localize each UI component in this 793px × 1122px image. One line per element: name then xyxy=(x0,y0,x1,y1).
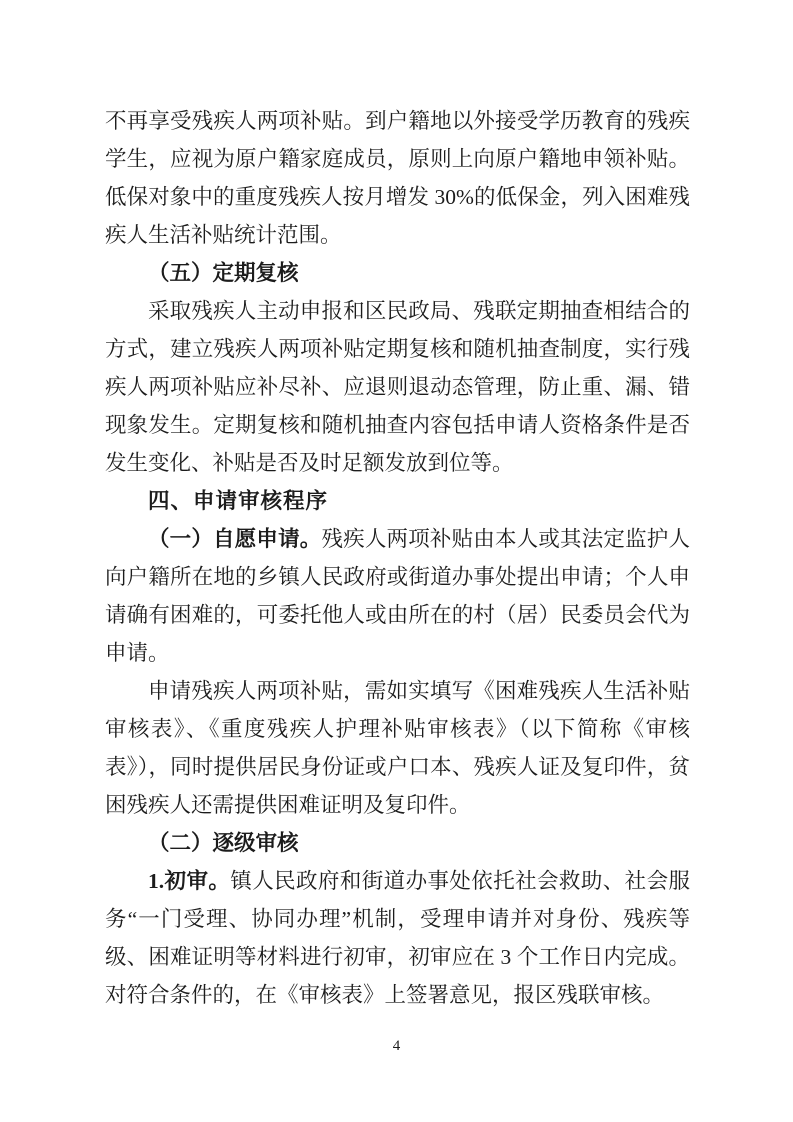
document-body: 不再享受残疾人两项补贴。到户籍地以外接受学历教育的残疾学生，应视为原户籍家庭成员… xyxy=(105,102,690,1014)
section-heading-level-by-level-review: （二）逐级审核 xyxy=(105,824,690,862)
paragraph-lead-voluntary-application: （一）自愿申请。 xyxy=(148,527,322,551)
paragraph-application-materials: 申请残疾人两项补贴，需如实填写《困难残疾人生活补贴审核表》、《重度残疾人护理补贴… xyxy=(105,672,690,824)
paragraph-voluntary-application: （一）自愿申请。残疾人两项补贴由本人或其法定监护人向户籍所在地的乡镇人民政府或街… xyxy=(105,520,690,672)
section-heading-periodic-review: （五）定期复核 xyxy=(105,254,690,292)
chapter-heading-application-review-procedure: 四、申请审核程序 xyxy=(105,482,690,520)
page-number: 4 xyxy=(0,1036,793,1056)
paragraph-continuation: 不再享受残疾人两项补贴。到户籍地以外接受学历教育的残疾学生，应视为原户籍家庭成员… xyxy=(105,102,690,254)
paragraph-initial-review: 1.初审。镇人民政府和街道办事处依托社会救助、社会服务“一门受理、协同办理”机制… xyxy=(105,862,690,1014)
document-page: 不再享受残疾人两项补贴。到户籍地以外接受学历教育的残疾学生，应视为原户籍家庭成员… xyxy=(0,0,793,1122)
paragraph-lead-initial-review: 1.初审。 xyxy=(148,869,230,893)
paragraph-periodic-review-body: 采取残疾人主动申报和区民政局、残联定期抽查相结合的方式，建立残疾人两项补贴定期复… xyxy=(105,292,690,482)
